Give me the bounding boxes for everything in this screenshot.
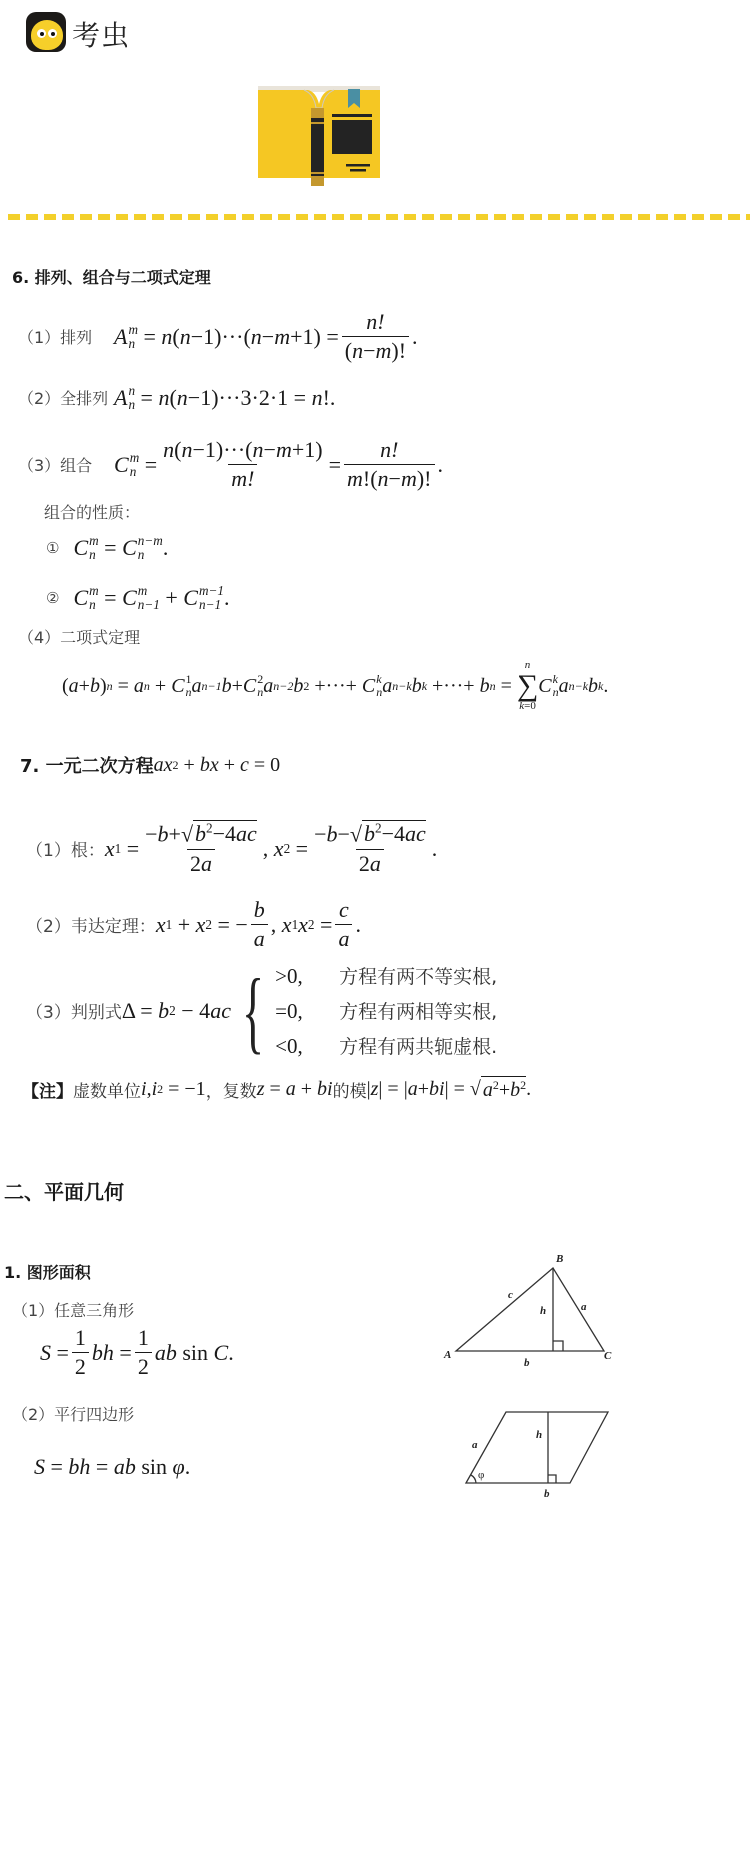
binomial-theorem-formula: (a+b)n = an + C1nan−1b+ C2nan−2b2 +···+ … bbox=[62, 660, 608, 712]
area-subsection-title: 1. 图形面积 bbox=[4, 1260, 91, 1283]
binomial-label: （4）二项式定理 bbox=[18, 625, 140, 648]
dashed-divider bbox=[8, 214, 750, 220]
brand-name: 考虫 bbox=[72, 14, 130, 54]
discriminant-formula: （3）判别式 Δ = b2 − 4ac { >0,方程有两不等实根, =0,方程… bbox=[26, 962, 497, 1059]
svg-text:c: c bbox=[508, 1289, 513, 1301]
combination-label: （3）组合 bbox=[18, 453, 114, 476]
roots-label: （1）根： bbox=[26, 836, 105, 861]
full-permutation-label: （2）全排列 bbox=[18, 386, 114, 409]
open-book-icon bbox=[258, 86, 380, 186]
svg-text:C: C bbox=[604, 1350, 612, 1362]
permutation-label: （1）排列 bbox=[18, 325, 114, 348]
triangle-diagram: B A C c h a b bbox=[440, 1250, 620, 1370]
owl-mascot-icon bbox=[31, 20, 63, 50]
svg-text:A: A bbox=[443, 1349, 451, 1361]
section-6-title: 6. 排列、组合与二项式定理 bbox=[12, 265, 211, 288]
svg-text:a: a bbox=[581, 1301, 587, 1313]
triangle-area-formula: S = 12bh = 12ab sin C. bbox=[40, 1326, 234, 1379]
combination-properties-title: 组合的性质： bbox=[44, 500, 140, 523]
parallelogram-area-formula: S = bh = ab sin φ. bbox=[34, 1454, 190, 1480]
full-permutation-formula: （2）全排列 Ann = n(n−1)···3·2·1 = n!. bbox=[18, 384, 335, 412]
complex-number-note: 【注】 虚数单位 i,i2 = −1 ，复数 z = a + bi 的模 |z|… bbox=[22, 1076, 531, 1102]
svg-text:b: b bbox=[524, 1357, 530, 1369]
quadratic-roots-formula: （1）根： x1 = −b+√b2−4ac2a , x2 = −b−√b2−4a… bbox=[26, 822, 437, 876]
combination-formula: （3）组合 Cmn = n(n−1)···(n−m+1)m! = n!m!(n−… bbox=[18, 438, 443, 491]
combination-property-1: ① Cmn = Cn−mn. bbox=[46, 534, 168, 562]
parallelogram-label: （2）平行四边形 bbox=[12, 1402, 134, 1425]
svg-text:φ: φ bbox=[478, 1469, 484, 1481]
vieta-label: （2）韦达定理： bbox=[26, 912, 156, 937]
svg-text:h: h bbox=[536, 1429, 542, 1441]
permutation-formula: （1）排列 Amn = n(n−1)···(n−m+1) = n!(n−m)!. bbox=[18, 310, 418, 363]
vieta-formula: （2）韦达定理： x1 + x2 = − ba, x1x2 = ca. bbox=[26, 898, 361, 951]
triangle-label: （1）任意三角形 bbox=[12, 1298, 134, 1321]
section-7-title: 7. 一元二次方程 ax2 + bx + c = 0 bbox=[20, 752, 280, 778]
svg-text:B: B bbox=[555, 1253, 563, 1265]
combination-property-2: ② Cmn = Cmn−1 + Cm−1n−1. bbox=[46, 584, 230, 612]
brace: { bbox=[242, 965, 264, 1057]
svg-text:a: a bbox=[472, 1439, 478, 1451]
svg-text:b: b bbox=[544, 1488, 550, 1500]
discriminant-label: （3）判别式 bbox=[26, 998, 122, 1023]
part-2-title: 二、平面几何 bbox=[4, 1176, 124, 1205]
parallelogram-diagram: a h b φ bbox=[456, 1404, 626, 1504]
svg-text:h: h bbox=[540, 1305, 546, 1317]
brand-logo bbox=[26, 12, 66, 52]
